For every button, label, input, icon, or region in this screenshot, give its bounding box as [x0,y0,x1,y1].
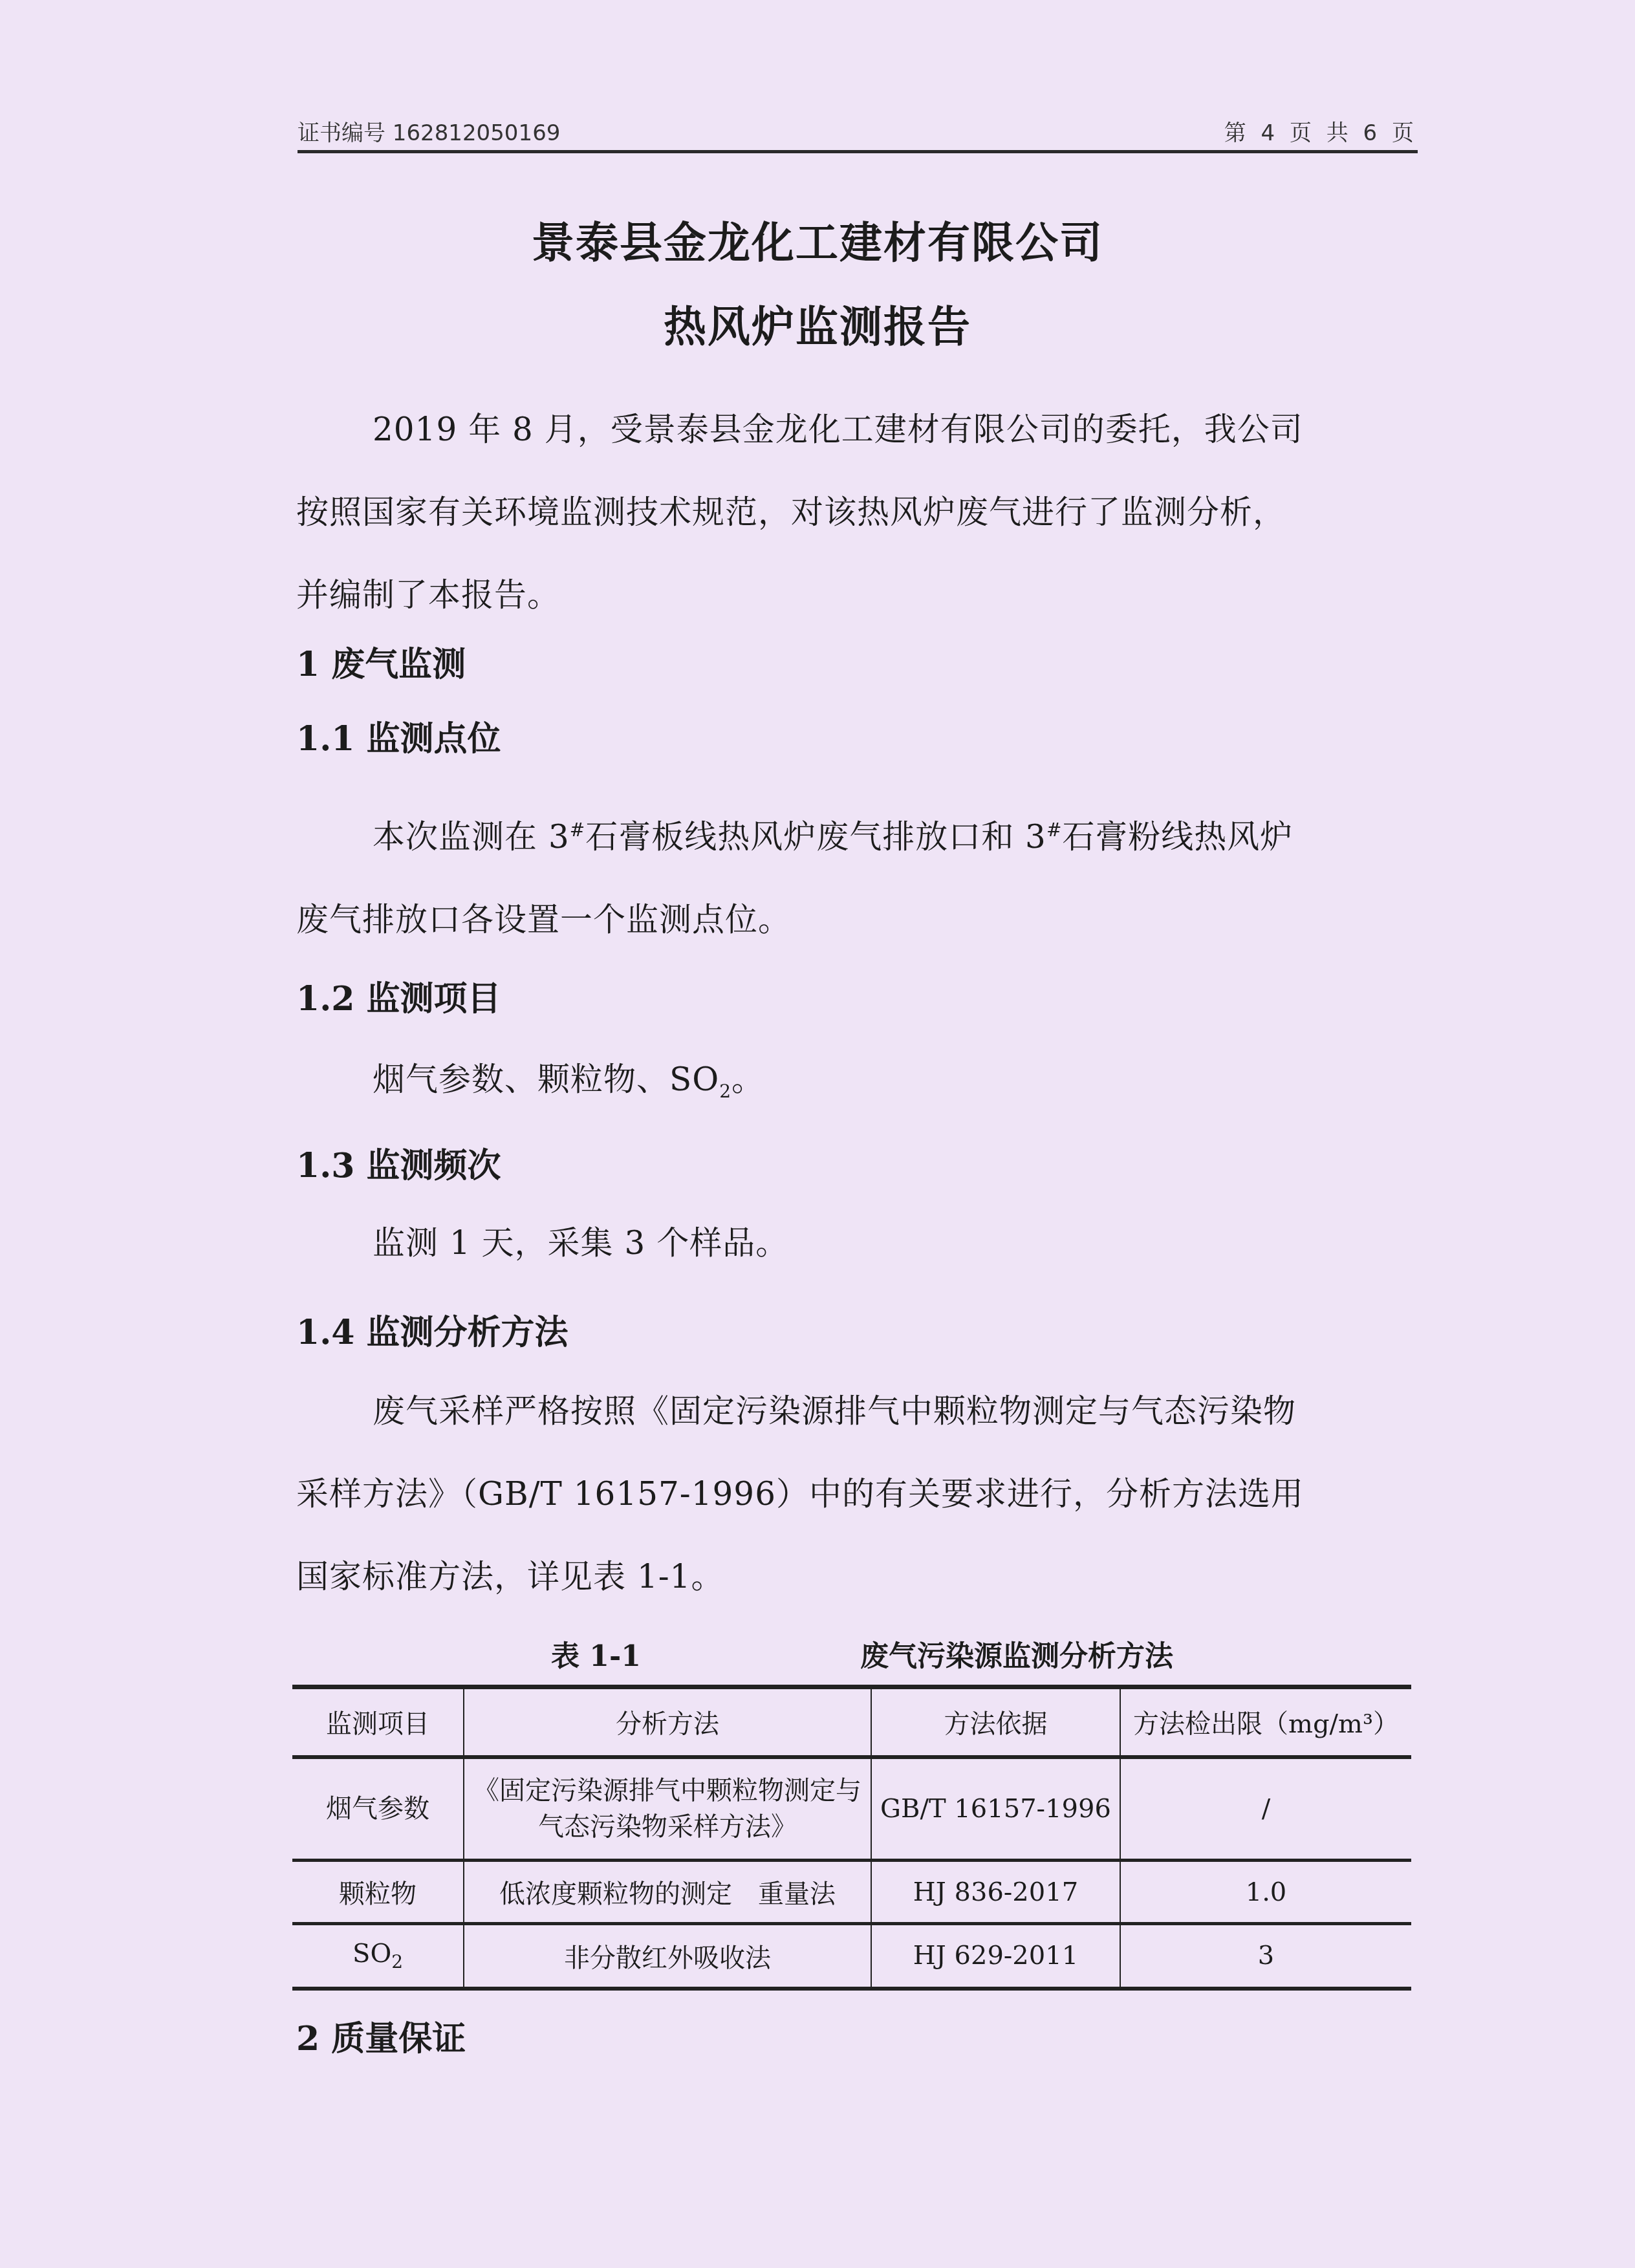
column-header: 方法检出限（mg/m³） [1120,1687,1411,1757]
header-divider [298,150,1418,153]
section-1-2-heading: 1.2 监测项目 [296,971,501,1020]
analysis-method-paragraph: 废气采样严格按照《固定污染源排气中颗粒物测定与气态污染物 采样方法》（GB/T … [296,1370,1422,1618]
monitoring-frequency-paragraph: 监测 1 天，采集 3 个样品。 [296,1202,1422,1284]
monitoring-points-paragraph: 本次监测在 3#石膏板线热风炉废气排放口和 3#石膏粉线热风炉 废气排放口各设置… [296,789,1422,961]
section-1-1-heading: 1.1 监测点位 [296,711,501,760]
page-indicator: 第 4 页 共 6 页 [1224,115,1418,147]
intro-paragraph: 2019 年 8 月，受景泰县金龙化工建材有限公司的委托，我公司 按照国家有关环… [296,388,1422,636]
table-row: SO2 非分散红外吸收法 HJ 629-2011 3 [292,1924,1411,1989]
table-caption: 废气污染源监测分析方法 [860,1633,1173,1674]
table-row: 烟气参数 《固定污染源排气中颗粒物测定与气态污染物采样方法》 GB/T 1615… [292,1757,1411,1861]
section-1-heading: 1 废气监测 [296,637,466,686]
column-header: 方法依据 [871,1687,1120,1757]
certificate-number: 证书编号 162812050169 [298,115,560,147]
column-header: 分析方法 [464,1687,871,1757]
analysis-methods-table: 监测项目 分析方法 方法依据 方法检出限（mg/m³） 烟气参数 《固定污染源排… [292,1685,1411,1991]
monitoring-items-paragraph: 烟气参数、颗粒物、SO2。 [296,1038,1422,1133]
page-header: 证书编号 162812050169 第 4 页 共 6 页 [298,115,1418,147]
table-row: 颗粒物 低浓度颗粒物的测定 重量法 HJ 836-2017 1.0 [292,1861,1411,1924]
table-number: 表 1-1 [551,1633,641,1674]
section-1-3-heading: 1.3 监测频次 [296,1138,501,1187]
section-2-heading: 2 质量保证 [296,2011,466,2060]
column-header: 监测项目 [292,1687,464,1757]
table-header-row: 监测项目 分析方法 方法依据 方法检出限（mg/m³） [292,1687,1411,1757]
section-1-4-heading: 1.4 监测分析方法 [296,1305,568,1354]
company-title: 景泰县金龙化工建材有限公司 [0,208,1635,270]
report-title: 热风炉监测报告 [0,292,1635,354]
